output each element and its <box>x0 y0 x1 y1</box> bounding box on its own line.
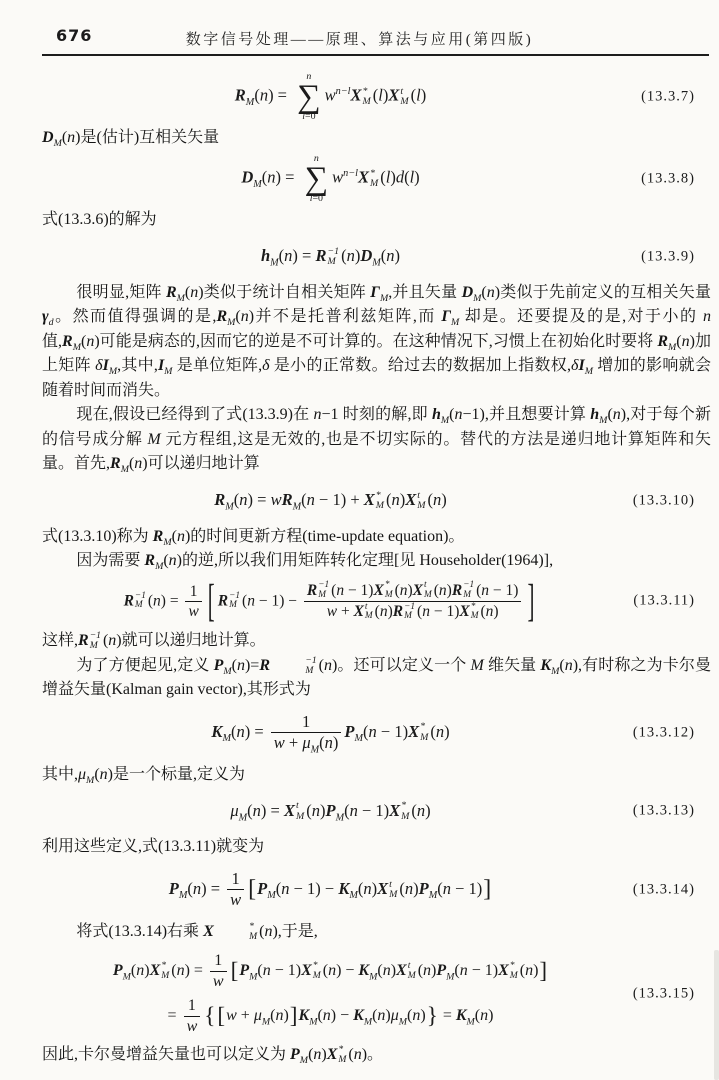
equation-math: PM(n)X*M(n) = 1w[PM(n − 1)X*M(n) − KM(n)… <box>113 951 548 992</box>
display-equation: μM(n) = XtM(n)PM(n − 1)X*M(n)(13.3.13) <box>42 796 711 826</box>
body-paragraph: DM(n)是(估计)互相关矢量 <box>42 126 711 151</box>
display-equation: R−1M(n) = 1w[R−1M(n − 1) − R−1M(n − 1)X*… <box>42 581 711 622</box>
equation-number: (13.3.14) <box>633 881 695 898</box>
display-equation: KM(n) = 1w + μM(n)PM(n − 1)X*M(n)(13.3.1… <box>42 712 711 754</box>
equation-line: PM(n)X*M(n) = 1w[PM(n − 1)X*M(n) − KM(n)… <box>42 951 711 992</box>
equation-math: = 1w{[w + μM(n)]KM(n) − KM(n)μM(n)} = KM… <box>168 996 494 1037</box>
equation-number: (13.3.10) <box>633 492 695 509</box>
display-equation: RM(n) = n∑l=0wn−lX*M(l)XtM(l)(13.3.7) <box>42 72 711 122</box>
body-paragraph: 因此,卡尔曼增益矢量也可以定义为 PM(n)X*M(n)。 <box>42 1043 711 1068</box>
body-paragraph: 式(13.3.10)称为 RM(n)的时间更新方程(time-update eq… <box>42 525 711 550</box>
book-page: 676 数字信号处理——原理、算法与应用(第四版) RM(n) = n∑l=0w… <box>0 0 719 1080</box>
equation-math: DM(n) = n∑l=0wn−lX*M(l)d(l) <box>241 154 419 204</box>
body-paragraph: 利用这些定义,式(13.3.11)就变为 <box>42 835 711 860</box>
equation-math: KM(n) = 1w + μM(n)PM(n − 1)X*M(n) <box>211 712 449 754</box>
scan-artifact <box>714 950 719 1080</box>
display-equation: hM(n) = R−1M(n)DM(n)(13.3.9) <box>42 242 711 272</box>
body-paragraph: 将式(13.3.14)右乘 X*M(n),于是, <box>42 920 711 945</box>
equation-number: (13.3.7) <box>641 88 695 105</box>
equation-number: (13.3.8) <box>641 171 695 188</box>
equation-number: (13.3.12) <box>633 724 695 741</box>
body-paragraph: 这样,R−1M(n)就可以递归地计算。 <box>42 629 711 654</box>
display-equation: PM(n) = 1w[PM(n − 1) − KM(n)XtM(n)PM(n −… <box>42 869 711 911</box>
equation-math: RM(n) = wRM(n − 1) + X*M(n)XtM(n) <box>214 490 447 512</box>
display-equation: RM(n) = wRM(n − 1) + X*M(n)XtM(n)(13.3.1… <box>42 486 711 516</box>
equation-math: hM(n) = R−1M(n)DM(n) <box>261 246 400 268</box>
body-paragraph: 式(13.3.6)的解为 <box>42 208 711 233</box>
page-header: 676 数字信号处理——原理、算法与应用(第四版) <box>0 0 719 50</box>
body-paragraph: 很明显,矩阵 RM(n)类似于统计自相关矩阵 ΓM,并且矢量 DM(n)类似于先… <box>42 281 711 404</box>
body-paragraph: 为了方便起见,定义 PM(n)=R−1M(n)。还可以定义一个 M 维矢量 KM… <box>42 654 711 703</box>
display-equation: DM(n) = n∑l=0wn−lX*M(l)d(l)(13.3.8) <box>42 154 711 204</box>
equation-number: (13.3.13) <box>633 803 695 820</box>
body-paragraph: 其中,μM(n)是一个标量,定义为 <box>42 763 711 788</box>
equation-number: (13.3.9) <box>641 248 695 265</box>
equation-math: R−1M(n) = 1w[R−1M(n − 1) − R−1M(n − 1)X*… <box>124 581 538 622</box>
equation-math: μM(n) = XtM(n)PM(n − 1)X*M(n) <box>230 801 430 823</box>
equation-line: = 1w{[w + μM(n)]KM(n) − KM(n)μM(n)} = KM… <box>42 996 711 1037</box>
header-rule <box>42 54 709 56</box>
body-paragraph: 现在,假设已经得到了式(13.3.9)在 n−1 时刻的解,即 hM(n−1),… <box>42 403 711 477</box>
display-equation-multiline: PM(n)X*M(n) = 1w[PM(n − 1)X*M(n) − KM(n)… <box>42 951 711 1037</box>
equation-number: (13.3.15) <box>633 985 695 1002</box>
equation-number: (13.3.11) <box>633 593 695 610</box>
running-title: 数字信号处理——原理、算法与应用(第四版) <box>0 28 719 49</box>
equation-math: PM(n) = 1w[PM(n − 1) − KM(n)XtM(n)PM(n −… <box>169 869 493 911</box>
page-content: RM(n) = n∑l=0wn−lX*M(l)XtM(l)(13.3.7)DM(… <box>0 66 719 1067</box>
equation-math: RM(n) = n∑l=0wn−lX*M(l)XtM(l) <box>235 72 426 122</box>
body-paragraph: 因为需要 RM(n)的逆,所以我们用矩阵转化定理[见 Householder(1… <box>42 549 711 574</box>
